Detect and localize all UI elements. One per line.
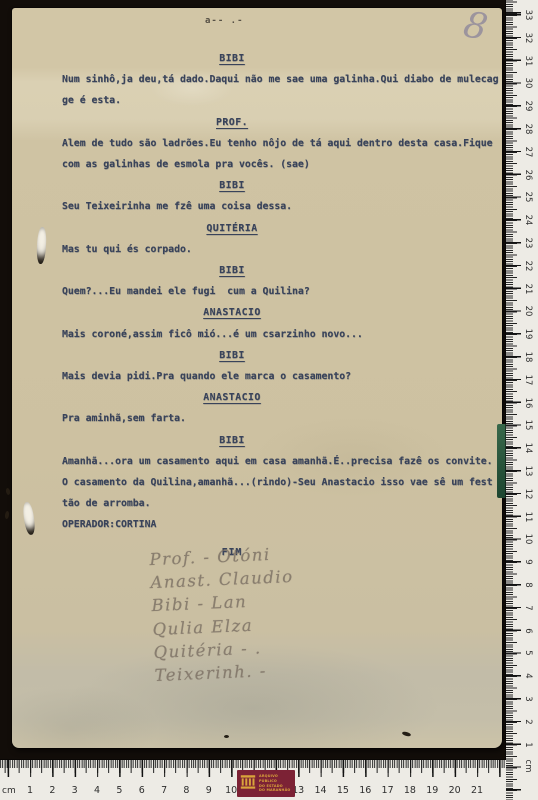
ruler-number: 7: [154, 785, 174, 796]
script-line: Mais devia pidi.Pra quando ele marca o c…: [12, 366, 502, 387]
ruler-number: 9: [199, 785, 219, 796]
script-line: com as galinhas de esmola pra vocês. (sa…: [12, 154, 502, 175]
paper-blemish: [4, 511, 9, 519]
paper-blemish: [5, 488, 10, 496]
scanned-document-viewer: a-- .- 8 BIBINum sinhô,ja deu,tá dado.Da…: [0, 0, 538, 800]
script-line: Amanhã...ora um casamento aqui em casa a…: [12, 451, 502, 472]
horizontal-ruler: 12345678910131415161718192021 cm ARQUIVO: [0, 760, 506, 800]
ruler-number: 4: [87, 785, 107, 796]
ruler-number: 19: [521, 324, 535, 344]
script-line: Alem de tudo são ladrões.Eu tenho nôjo d…: [12, 133, 502, 154]
ruler-number: 22: [521, 256, 535, 276]
logo-line: DO MARANHÃO: [259, 788, 291, 793]
ruler-number: 24: [521, 210, 535, 230]
script-line: O casamento da Quilina,amanhã...(rindo)-…: [12, 472, 502, 493]
ruler-number: 2: [521, 712, 535, 732]
ruler-number: 16: [521, 393, 535, 413]
ruler-number: 32: [521, 28, 535, 48]
ruler-number: 9: [521, 552, 535, 572]
ruler-number: 1: [521, 735, 535, 755]
document-page: a-- .- 8 BIBINum sinhô,ja deu,tá dado.Da…: [12, 8, 502, 748]
character-heading: BIBI: [62, 345, 402, 366]
ruler-number: 4: [521, 666, 535, 686]
vertical-ruler: 3332313029282726252423222120191817161514…: [506, 0, 538, 800]
ruler-number: 26: [521, 165, 535, 185]
handwritten-page-number: 8: [460, 4, 491, 49]
ruler-number: 6: [521, 621, 535, 641]
ruler-number: 1: [20, 785, 40, 796]
script-line: Seu Teixeirinha me fzê uma coisa dessa.: [12, 196, 502, 217]
ruler-cm-ticks: [506, 0, 521, 800]
character-heading: PROF.: [62, 112, 402, 133]
character-heading: BIBI: [62, 175, 402, 196]
ruler-number: 14: [311, 785, 331, 796]
ruler-number: 12: [521, 484, 535, 504]
ruler-number: 5: [109, 785, 129, 796]
ruler-number: 17: [378, 785, 398, 796]
ruler-number: 15: [333, 785, 353, 796]
script-line: tão de arromba.: [12, 493, 502, 514]
ruler-number: 11: [521, 507, 535, 527]
paper-blemish: [402, 731, 412, 737]
ruler-number: 7: [521, 598, 535, 618]
script-line: ge é esta.: [12, 90, 502, 111]
character-heading: BIBI: [62, 48, 402, 69]
archive-logo-text: ARQUIVO PÚBLICO DO ESTADO DO MARANHÃO: [259, 774, 291, 792]
ruler-number: 28: [521, 119, 535, 139]
typed-stray-mark: a-- .-: [205, 16, 244, 26]
ruler-number: 23: [521, 233, 535, 253]
ruler-number: 29: [521, 96, 535, 116]
character-heading: ANASTACIO: [62, 302, 402, 323]
typed-script: BIBINum sinhô,ja deu,tá dado.Daqui não m…: [12, 48, 502, 563]
ruler-number: 33: [521, 5, 535, 25]
ruler-number: 15: [521, 415, 535, 435]
script-line: Mas tu qui és corpado.: [12, 239, 502, 260]
archive-logo: ARQUIVO PÚBLICO DO ESTADO DO MARANHÃO: [237, 770, 295, 797]
ruler-number: 18: [400, 785, 420, 796]
ruler-number: 21: [521, 279, 535, 299]
ruler-number: 21: [467, 785, 487, 796]
character-heading: BIBI: [62, 430, 402, 451]
paper-blemish: [224, 735, 229, 738]
script-line: OPERADOR:CORTINA: [12, 514, 502, 535]
script-line: Num sinhô,ja deu,tá dado.Daqui não me sa…: [12, 69, 502, 90]
ruler-number: 19: [422, 785, 442, 796]
ruler-number: 6: [132, 785, 152, 796]
script-line: Mais coroné,assim ficô mió...é um csarzi…: [12, 324, 502, 345]
character-heading: ANASTACIO: [62, 387, 402, 408]
ruler-number: 16: [355, 785, 375, 796]
character-heading: QUITÉRIA: [62, 218, 402, 239]
ruler-number: 20: [445, 785, 465, 796]
ruler-number: 10: [521, 529, 535, 549]
ruler-number: 8: [521, 575, 535, 595]
ruler-unit-label: cm: [521, 756, 535, 776]
ruler-number: 30: [521, 73, 535, 93]
ruler-number: 3: [65, 785, 85, 796]
ruler-number: 25: [521, 187, 535, 207]
building-icon: [239, 773, 257, 795]
ruler-number: 13: [521, 461, 535, 481]
ruler-number: 31: [521, 51, 535, 71]
script-line: Pra aminhã,sem farta.: [12, 408, 502, 429]
character-heading: BIBI: [62, 260, 402, 281]
ruler-number: 17: [521, 370, 535, 390]
ruler-number: 8: [176, 785, 196, 796]
ruler-number: 27: [521, 142, 535, 162]
ruler-number: 2: [42, 785, 62, 796]
ruler-number: 3: [521, 689, 535, 709]
script-line: Quem?...Eu mandei ele fugi cum a Quilina…: [12, 281, 502, 302]
ruler-unit-label: cm: [2, 786, 16, 796]
ruler-number: 20: [521, 301, 535, 321]
ruler-number: 5: [521, 643, 535, 663]
ruler-number: 14: [521, 438, 535, 458]
handwritten-cast-notes: Prof. - OtóniAnast. ClaudioBibi - LanQul…: [149, 542, 298, 687]
ruler-number: 18: [521, 347, 535, 367]
handwritten-note-line: Teixerinh. -: [154, 658, 298, 687]
